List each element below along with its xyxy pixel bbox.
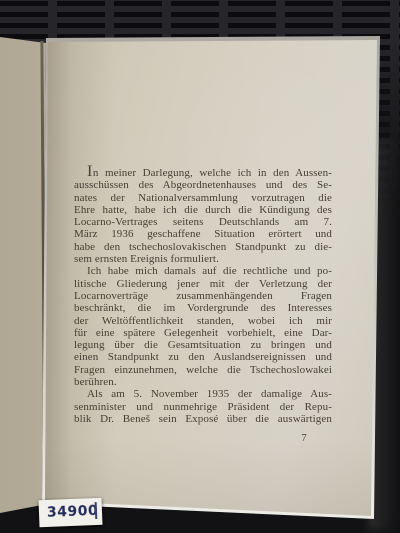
text-line: Fragen einzunehmen, welche die Tschechos… bbox=[74, 364, 332, 376]
text-line: litische Gliederung jener mit der Verlet… bbox=[74, 278, 332, 290]
text-line: einen Standpunkt zu den Auslandsereignis… bbox=[74, 351, 332, 363]
text-line: nates der Nationalversammlung vorzutrage… bbox=[74, 192, 332, 204]
sticker-number: 34900 bbox=[47, 503, 99, 521]
text-line: März 1936 geschaffene Situation erörtert… bbox=[74, 228, 332, 240]
text-line: für eine spätere Gelegenheit vorbehielt,… bbox=[74, 327, 332, 339]
text-line: habe den tschechoslovakischen Standpunkt… bbox=[74, 241, 332, 253]
text-line: sem ernsten Ereignis formuliert. bbox=[74, 253, 332, 265]
text-line: Locarno-Vertrages seitens Deutschlands a… bbox=[74, 216, 332, 228]
text-line: legung über die Gesamtsituation zu bring… bbox=[74, 339, 332, 351]
text-line: Locarnoverträge zusammenhängenden Fragen bbox=[74, 290, 332, 302]
text-line: der Weltöffentlichkeit standen, wobei ic… bbox=[74, 315, 332, 327]
text-line: Ich habe mich damals auf die rechtliche … bbox=[74, 265, 332, 277]
page-number: 7 bbox=[294, 432, 314, 444]
text-line: berühren. bbox=[74, 376, 332, 388]
text-line: Ehre hatte, habe ich die durch die Kündi… bbox=[74, 204, 332, 216]
text-line: In meiner Darlegung, welche ich in den A… bbox=[74, 167, 332, 179]
book-photo-scene: In meiner Darlegung, welche ich in den A… bbox=[0, 0, 400, 533]
text-line: senminister und nunmehrige Präsident der… bbox=[74, 401, 332, 413]
inventory-sticker: 34900 bbox=[39, 498, 103, 527]
text-line: ausschüssen des Abgeordnetenhauses und d… bbox=[74, 179, 332, 191]
text-line: Als am 5. November 1935 der damalige Aus… bbox=[74, 388, 332, 400]
text-line-content: n meiner Darlegung, welche ich in den Au… bbox=[93, 167, 332, 179]
text-line: blik Dr. Beneš sein Exposé über die ausw… bbox=[74, 413, 332, 425]
page-text-block: In meiner Darlegung, welche ich in den A… bbox=[74, 167, 332, 425]
text-line: beschränkt, die im Vordergrunde des Inte… bbox=[74, 302, 332, 314]
